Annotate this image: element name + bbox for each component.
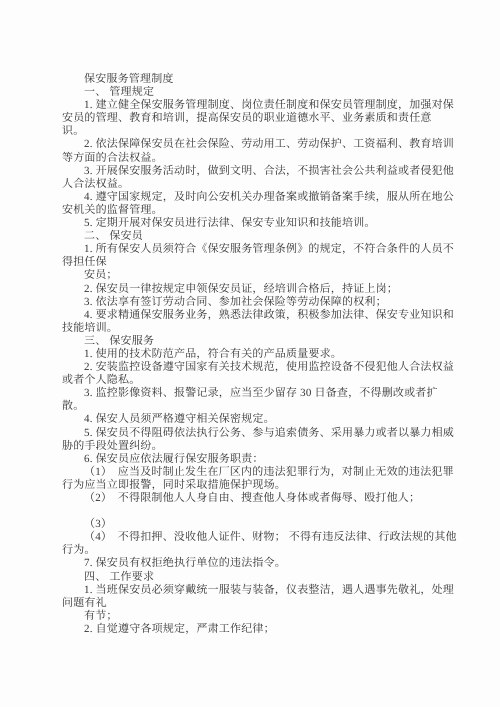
text-line: 散。: [62, 400, 444, 413]
document-title: 保安服务管理制度: [62, 73, 444, 86]
section-heading: 三、 保安服务: [62, 335, 444, 348]
text-line: 1. 建立健全保安服务管理制度、岗位责任制度和保安员管理制度，加强对保: [62, 99, 444, 112]
text-line: 4. 要求精通保安服务业务，熟悉法律政策，积极参加法律、保安专业知识和: [62, 309, 444, 322]
text-line: 7. 保安员有权拒绝执行单位的违法指令。: [62, 557, 444, 570]
section-heading: 一、 管理规定: [62, 86, 444, 99]
text-line: 等方面的合法权益。: [62, 152, 444, 165]
text-line: 5. 定期开展对保安员进行法律、保安专业知识和技能培训。: [62, 217, 444, 230]
text-line: 2. 依法保障保安员在社会保险、劳动用工、劳动保护、工资福利、教育培训: [62, 138, 444, 151]
text-line: 1. 使用的技术防范产品，符合有关的产品质量要求。: [62, 348, 444, 361]
text-line: 2. 自觉遵守各项规定，严肃工作纪律；: [62, 623, 444, 636]
text-line: 有节；: [62, 610, 444, 623]
text-line: 或者个人隐私。: [62, 374, 444, 387]
text-line: 1. 所有保安人员须符合《保安服务管理条例》的规定，不符合条件的人员不: [62, 243, 444, 256]
text-line: 4. 遵守国家规定，及时向公安机关办理备案或撤销备案手续，服从所在地公: [62, 191, 444, 204]
text-line: （4） 不得扣押、没收他人证件、财物； 不得有违反法律、行政法规的其他: [62, 531, 444, 544]
text-line: 人合法权益。: [62, 178, 444, 191]
blank-line: [62, 505, 444, 518]
text-line: （1） 应当及时制止发生在厂区内的违法犯罪行为，对制止无效的违法犯罪: [62, 466, 444, 479]
text-line: 2. 安装监控设备遵守国家有关技术规范，使用监控设备不侵犯他人合法权益: [62, 361, 444, 374]
text-line: 得担任保: [62, 256, 444, 269]
text-line: 5. 保安员不得阻碍依法执行公务、参与追索债务、采用暴力或者以暴力相威: [62, 427, 444, 440]
text-line: 问题有礼: [62, 597, 444, 610]
text-line: 识。: [62, 125, 444, 138]
text-line: 3. 监控影像资料、报警记录，应当至少留存 30 日备查，不得删改或者扩: [62, 387, 444, 400]
text-line: 安机关的监督管理。: [62, 204, 444, 217]
section-heading: 二、 保安员: [62, 230, 444, 243]
text-line: 6. 保安员应依法履行保安服务职责：: [62, 453, 444, 466]
document-page: 保安服务管理制度一、 管理规定1. 建立健全保安服务管理制度、岗位责任制度和保安…: [0, 0, 500, 707]
section-heading: 四、 工作要求: [62, 571, 444, 584]
text-line: （3）: [62, 518, 444, 531]
text-line: （2） 不得限制他人人身自由、搜查他人身体或者侮辱、殴打他人；: [62, 492, 444, 505]
text-line: 安员；: [62, 269, 444, 282]
text-line: 技能培训。: [62, 322, 444, 335]
text-line: 4. 保安人员须严格遵守相关保密规定。: [62, 413, 444, 426]
text-line: 1. 当班保安员必须穿戴统一服装与装备，仪表整洁，遇人遇事先敬礼，处理: [62, 584, 444, 597]
text-line: 3. 依法享有签订劳动合同、参加社会保险等劳动保障的权利；: [62, 296, 444, 309]
text-line: 安员的管理、教育和培训，提高保安员的职业道德水平、业务素质和责任意: [62, 112, 444, 125]
text-line: 行为应当立即报警，同时采取措施保护现场。: [62, 479, 444, 492]
text-line: 2. 保安员一律按规定申领保安员证，经培训合格后，持证上岗；: [62, 283, 444, 296]
text-block: 保安服务管理制度一、 管理规定1. 建立健全保安服务管理制度、岗位责任制度和保安…: [62, 73, 444, 636]
text-line: 胁的手段处置纠纷。: [62, 440, 444, 453]
text-line: 行为。: [62, 544, 444, 557]
text-line: 3. 开展保安服务活动时，做到文明、合法，不损害社会公共利益或者侵犯他: [62, 165, 444, 178]
